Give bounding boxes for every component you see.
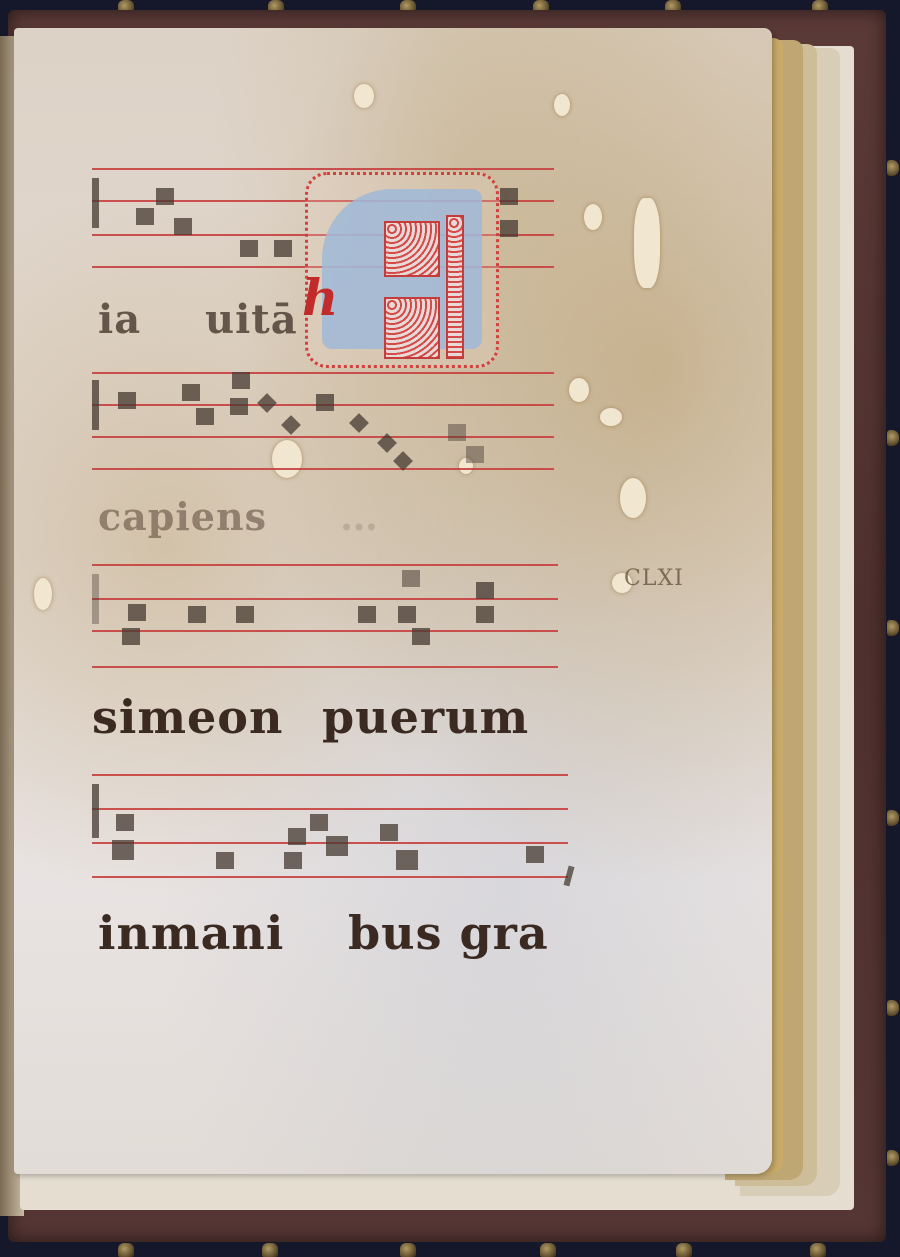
binding-stud <box>262 1243 278 1257</box>
staff-line <box>92 372 554 374</box>
staff-line <box>92 564 558 566</box>
neume <box>284 852 302 869</box>
neume <box>182 384 200 401</box>
neume <box>310 814 328 831</box>
neume <box>398 606 416 623</box>
neume <box>116 814 134 831</box>
parchment-hole <box>600 408 622 426</box>
binding-stud <box>887 810 899 826</box>
binding-stud <box>887 160 899 176</box>
staff-line <box>92 774 568 776</box>
neume <box>274 240 292 257</box>
neume <box>230 398 248 415</box>
binding-stud <box>887 430 899 446</box>
neume <box>118 392 136 409</box>
neume <box>236 606 254 623</box>
neume <box>526 846 544 863</box>
lyric-text: bus gra <box>348 906 549 960</box>
lyric-text: puerum <box>322 690 529 744</box>
binding-stud <box>887 1000 899 1016</box>
neume <box>112 840 134 860</box>
parchment-hole <box>569 378 589 402</box>
neume <box>240 240 258 257</box>
binding-stud <box>540 1243 556 1257</box>
music-staff-3 <box>92 564 558 668</box>
neume <box>412 628 430 645</box>
clef <box>92 178 99 228</box>
binding-stud <box>118 1243 134 1257</box>
staff-line <box>92 666 558 668</box>
neume <box>188 606 206 623</box>
clef <box>92 380 99 430</box>
neume <box>136 208 154 225</box>
binding-stud <box>810 1243 826 1257</box>
music-staff-4 <box>92 774 568 878</box>
neume <box>122 628 140 645</box>
neume <box>174 218 192 235</box>
staff-line <box>92 876 568 878</box>
clef <box>92 574 99 624</box>
neume <box>349 413 369 433</box>
binding-stud <box>400 1243 416 1257</box>
neume <box>257 393 277 413</box>
neume <box>316 394 334 411</box>
red-rubric-letter: h <box>302 268 338 327</box>
neume <box>396 850 418 870</box>
neume <box>500 188 518 205</box>
neume <box>156 188 174 205</box>
neume <box>448 424 466 441</box>
binding-stud <box>887 620 899 636</box>
staff-line <box>92 168 554 170</box>
neume <box>232 372 250 389</box>
neume <box>326 836 348 856</box>
neume <box>288 828 306 845</box>
neume <box>216 852 234 869</box>
parchment-hole <box>634 198 660 288</box>
lyric-text: uitā <box>205 296 298 343</box>
parchment-hole <box>354 84 374 108</box>
neume <box>476 606 494 623</box>
neume <box>380 824 398 841</box>
neume <box>196 408 214 425</box>
clef <box>92 784 99 838</box>
staff-line <box>92 630 558 632</box>
neume <box>466 446 484 463</box>
parchment-hole <box>554 94 570 116</box>
binding-stud <box>676 1243 692 1257</box>
neume <box>476 582 494 599</box>
lyric-text: simeon <box>92 690 283 744</box>
neume <box>500 220 518 237</box>
parchment-hole <box>620 478 646 518</box>
neume <box>281 415 301 435</box>
lyric-text-faded: … <box>340 494 379 539</box>
neume <box>128 604 146 621</box>
lyric-text: ia <box>98 296 141 343</box>
lyric-text: inmani <box>98 906 284 960</box>
neume <box>358 606 376 623</box>
music-staff-2 <box>92 372 554 472</box>
parchment-hole <box>584 204 602 230</box>
binding-stud <box>887 1150 899 1166</box>
folio-number: CLXI <box>624 566 684 591</box>
lyric-text: capiens <box>98 494 267 539</box>
staff-line <box>92 808 568 810</box>
staff-line <box>92 468 554 470</box>
staff-line <box>92 436 554 438</box>
parchment-hole <box>34 578 52 610</box>
neume <box>402 570 420 587</box>
